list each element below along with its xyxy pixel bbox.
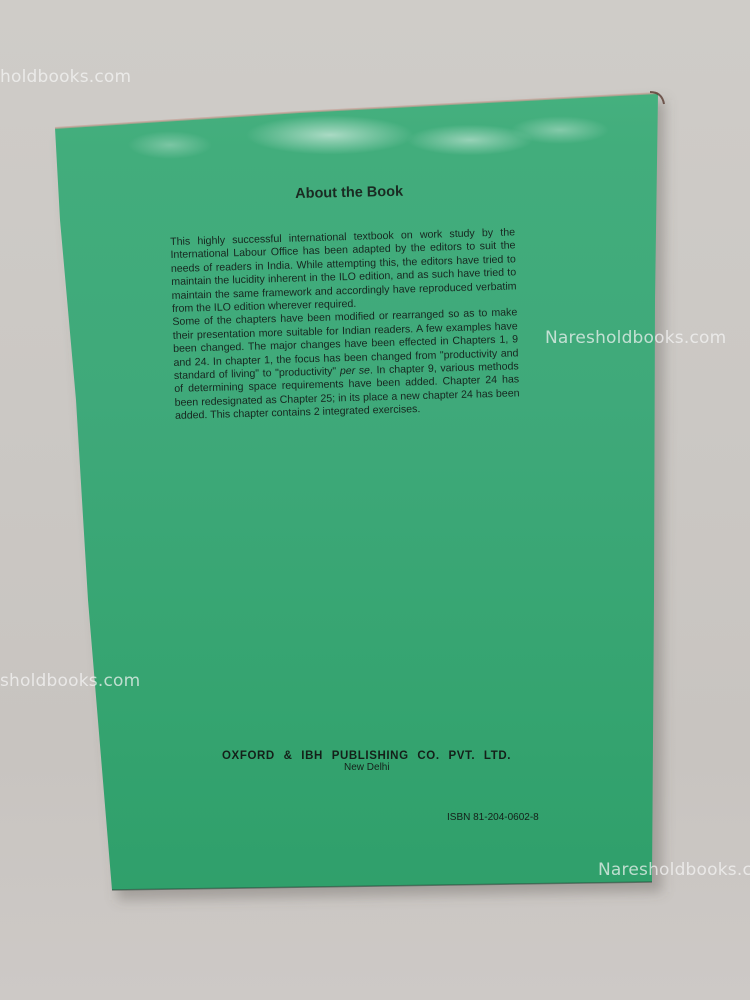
publisher-name: OXFORD & IBH PUBLISHING CO. PVT. LTD. bbox=[222, 750, 511, 762]
blurb-paragraph-2: Some of the chapters have been modified … bbox=[172, 307, 520, 424]
watermark-text: Naresholdbooks.com bbox=[545, 328, 726, 348]
watermark-text: Naresholdbooks.com bbox=[598, 860, 750, 880]
isbn-number: ISBN 81-204-0602-8 bbox=[447, 812, 539, 823]
book-blurb: This highly successful international tex… bbox=[170, 226, 520, 423]
book-back-cover: About the Book This highly successful in… bbox=[0, 0, 750, 1000]
watermark-text: sholdbooks.com bbox=[0, 671, 140, 691]
blurb-paragraph-1: This highly successful international tex… bbox=[170, 226, 517, 316]
publisher-city: New Delhi bbox=[344, 762, 390, 773]
watermark-text: holdbooks.com bbox=[0, 67, 131, 87]
about-the-book-heading: About the Book bbox=[295, 184, 403, 202]
